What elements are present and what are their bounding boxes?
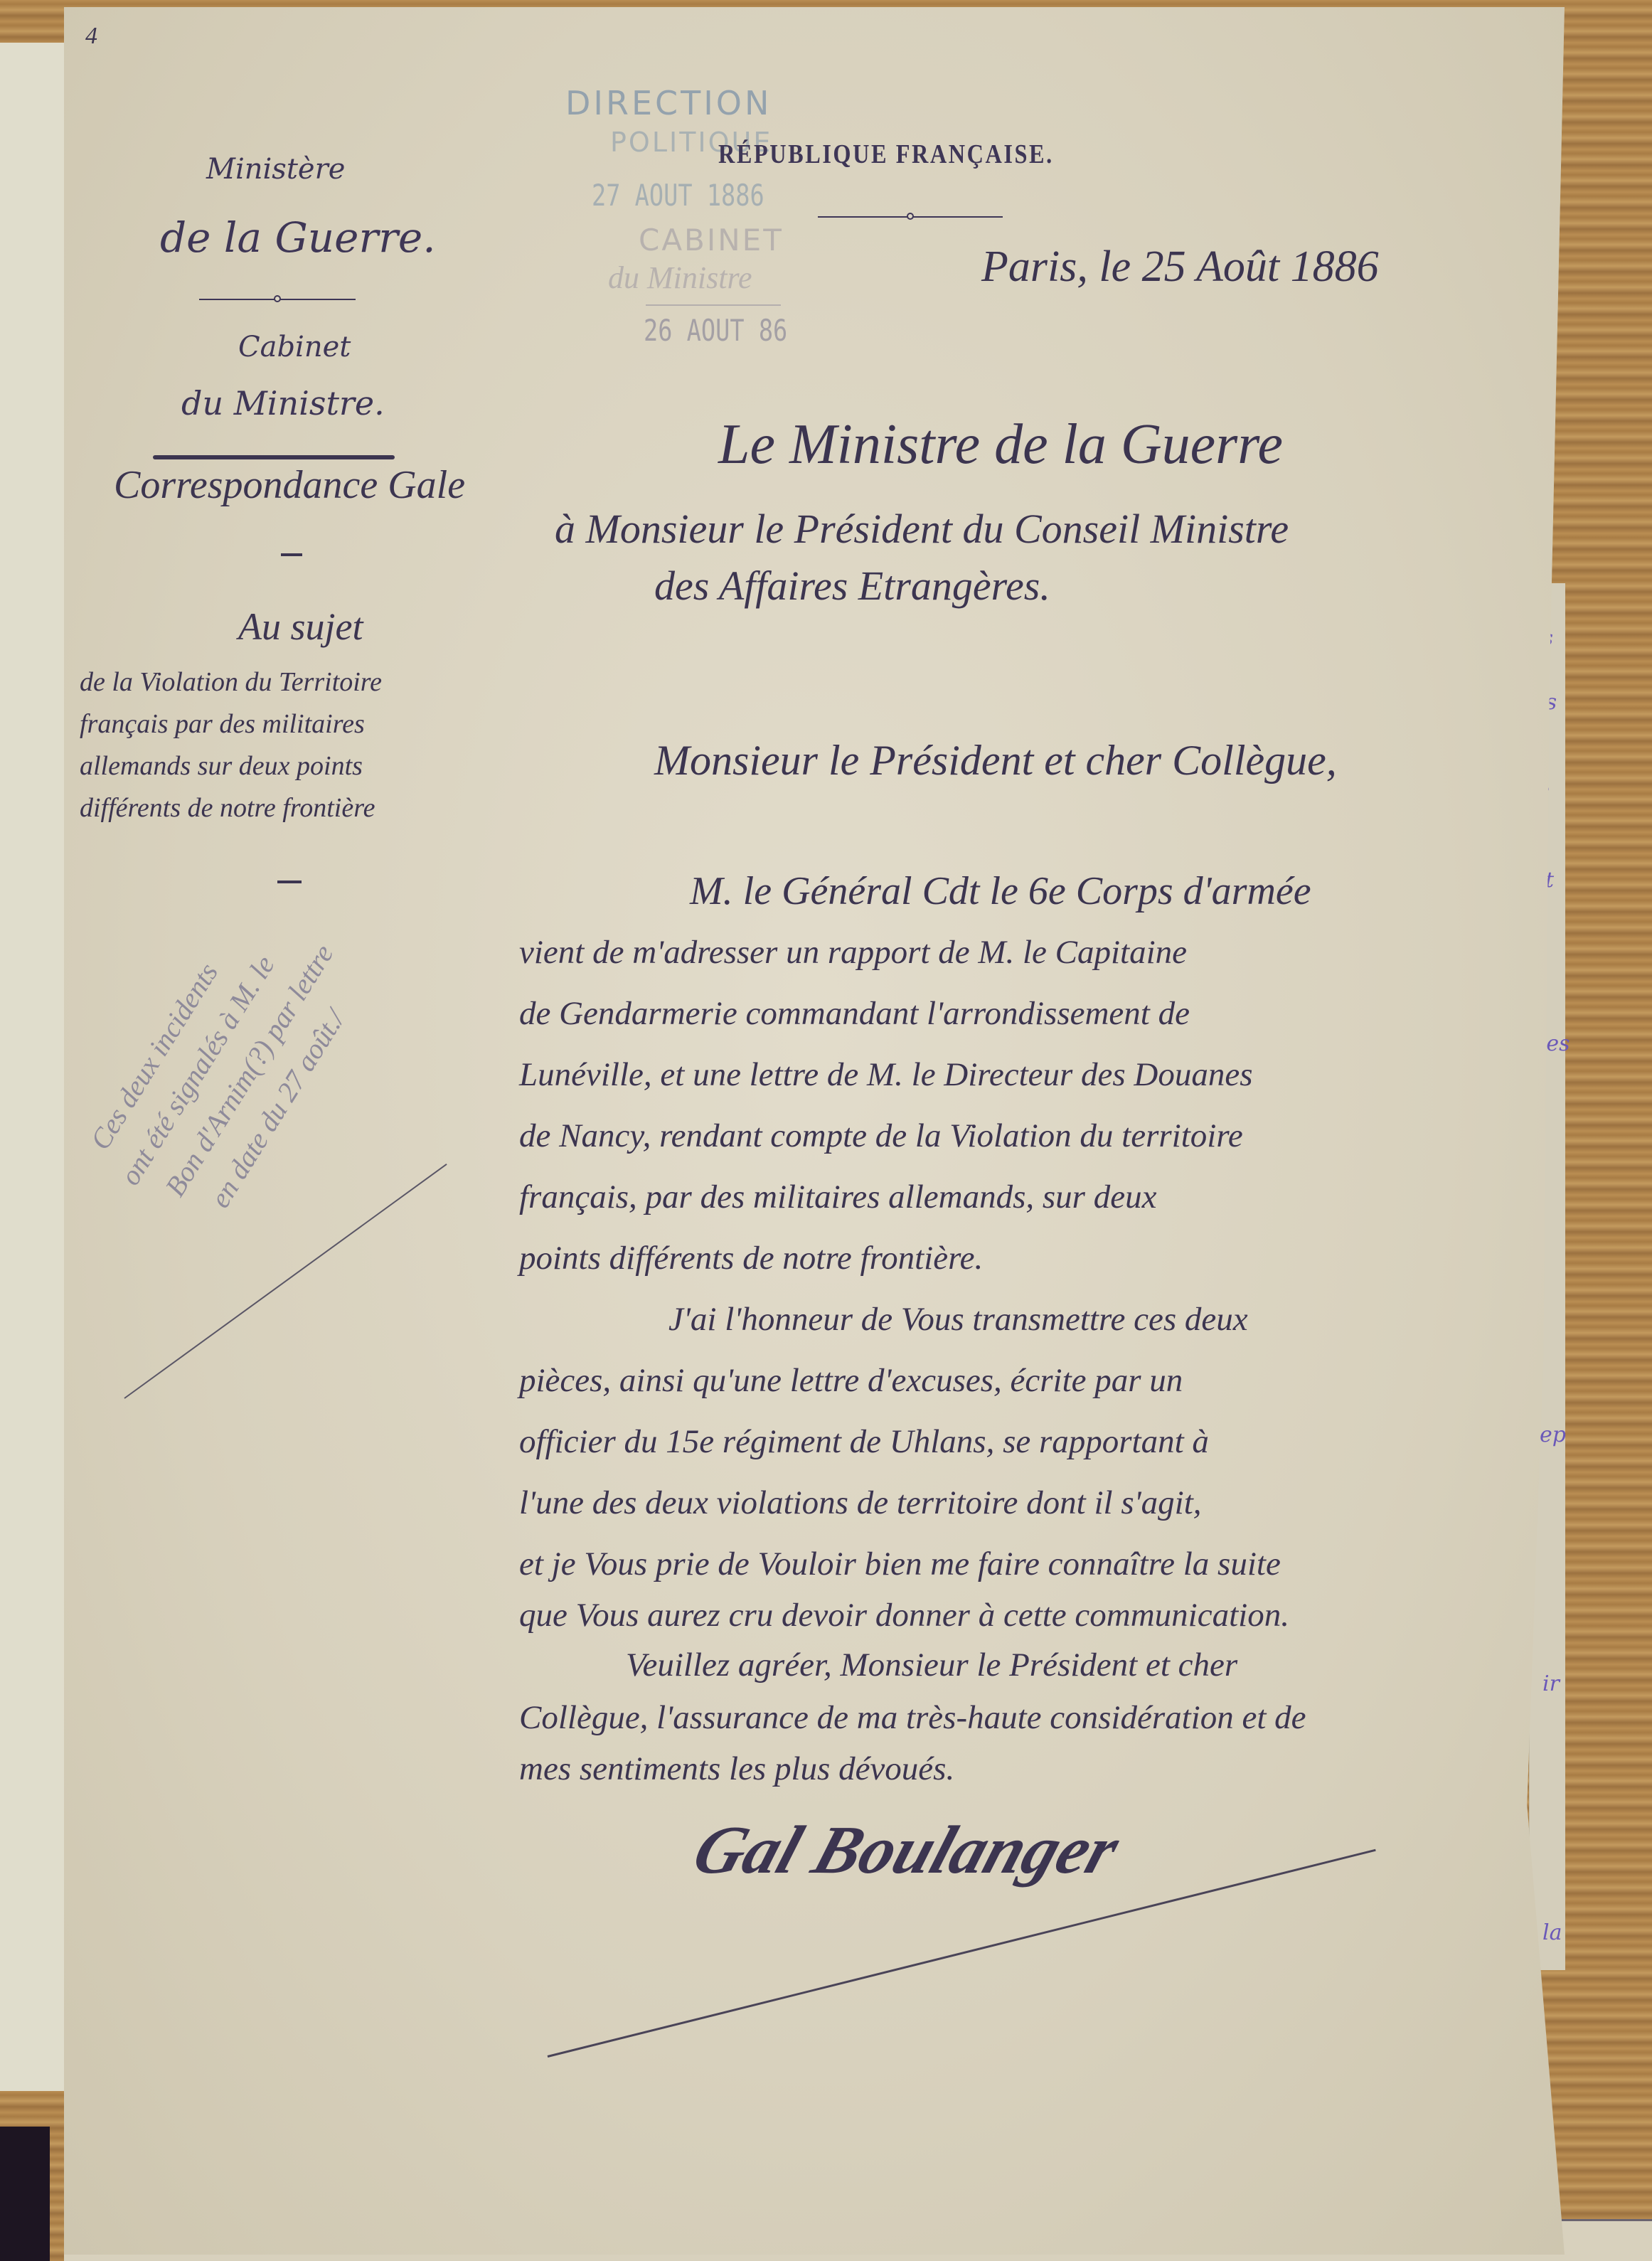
subject-block: de la Violation du Territoire français p… — [80, 661, 382, 829]
subject-line: français par des militaires — [80, 703, 382, 745]
stamp-rule — [646, 304, 781, 306]
letterhead-ornament-right — [818, 215, 1003, 219]
subject-line: allemands sur deux points — [80, 745, 382, 787]
letter-body: M. le Général Cdt le 6e Corps d'armée vi… — [519, 861, 1311, 1799]
subject-line: de la Violation du Territoire — [80, 661, 382, 703]
body-line: vient de m'adresser un rapport de M. le … — [519, 922, 1311, 983]
office-line-1: Cabinet — [238, 331, 351, 363]
letterhead-ornament-left — [199, 297, 356, 302]
body-line: points différents de notre frontière. — [519, 1228, 1311, 1289]
ministry-line-2: de la Guerre. — [160, 213, 436, 262]
stamp-cabinet: CABINET — [639, 223, 784, 257]
sender-line: Le Ministre de la Guerre — [718, 413, 1283, 477]
subject-line: différents de notre frontière — [80, 787, 382, 829]
category-dash — [281, 553, 302, 556]
stamp-cabinet-sub: du Ministre — [608, 260, 752, 296]
recipient-line-1: à Monsieur le Président du Conseil Minis… — [555, 505, 1289, 553]
salutation: Monsieur le Président et cher Collègue, — [654, 736, 1337, 785]
category-label: Correspondance Gale — [114, 462, 465, 508]
body-line: français, par des militaires allemands, … — [519, 1166, 1311, 1228]
office-line-2: du Ministre. — [181, 384, 385, 422]
stamp-direction: DIRECTION — [565, 84, 772, 122]
adjacent-fragment: ir — [1542, 1671, 1560, 1696]
binder-shadow — [0, 2127, 50, 2261]
subject-dash — [277, 881, 302, 883]
body-line: M. le Général Cdt le 6e Corps d'armée — [519, 861, 1311, 922]
subject-heading: Au sujet — [238, 605, 363, 649]
stamp-cabinet-date: 26 AOUT 86 — [644, 313, 787, 348]
body-line: Lunéville, et une lettre de M. le Direct… — [519, 1044, 1311, 1105]
adjacent-fragment: la — [1542, 1920, 1562, 1945]
body-line: l'une des deux violations de territoire … — [519, 1472, 1311, 1533]
body-line: J'ai l'honneur de Vous transmettre ces d… — [519, 1289, 1311, 1350]
category-rule — [153, 455, 395, 459]
body-line: officier du 15e régiment de Uhlans, se r… — [519, 1411, 1311, 1472]
letter-page: 4 Ministère de la Guerre. Cabinet du Min… — [64, 7, 1565, 2255]
republic-header: RÉPUBLIQUE FRANÇAISE. — [718, 139, 1054, 170]
body-line: de Nancy, rendant compte de la Violation… — [519, 1105, 1311, 1166]
body-line: de Gendarmerie commandant l'arrondisseme… — [519, 983, 1311, 1044]
stamp-direction-date: 27 AOUT 1886 — [592, 178, 764, 213]
adjacent-fragment: ep — [1540, 1422, 1566, 1447]
recipient-line-2: des Affaires Etrangères. — [654, 562, 1050, 610]
page-number: 4 — [85, 23, 97, 50]
pencil-annotation: Ces deux incidents ont été signalés à M.… — [64, 889, 383, 1252]
ministry-line-1: Ministère — [206, 153, 345, 186]
dateline: Paris, le 25 Août 1886 — [981, 242, 1379, 292]
signature: Gal Boulanger — [684, 1810, 1129, 1889]
body-line: pièces, ainsi qu'une lettre d'excuses, é… — [519, 1350, 1311, 1411]
